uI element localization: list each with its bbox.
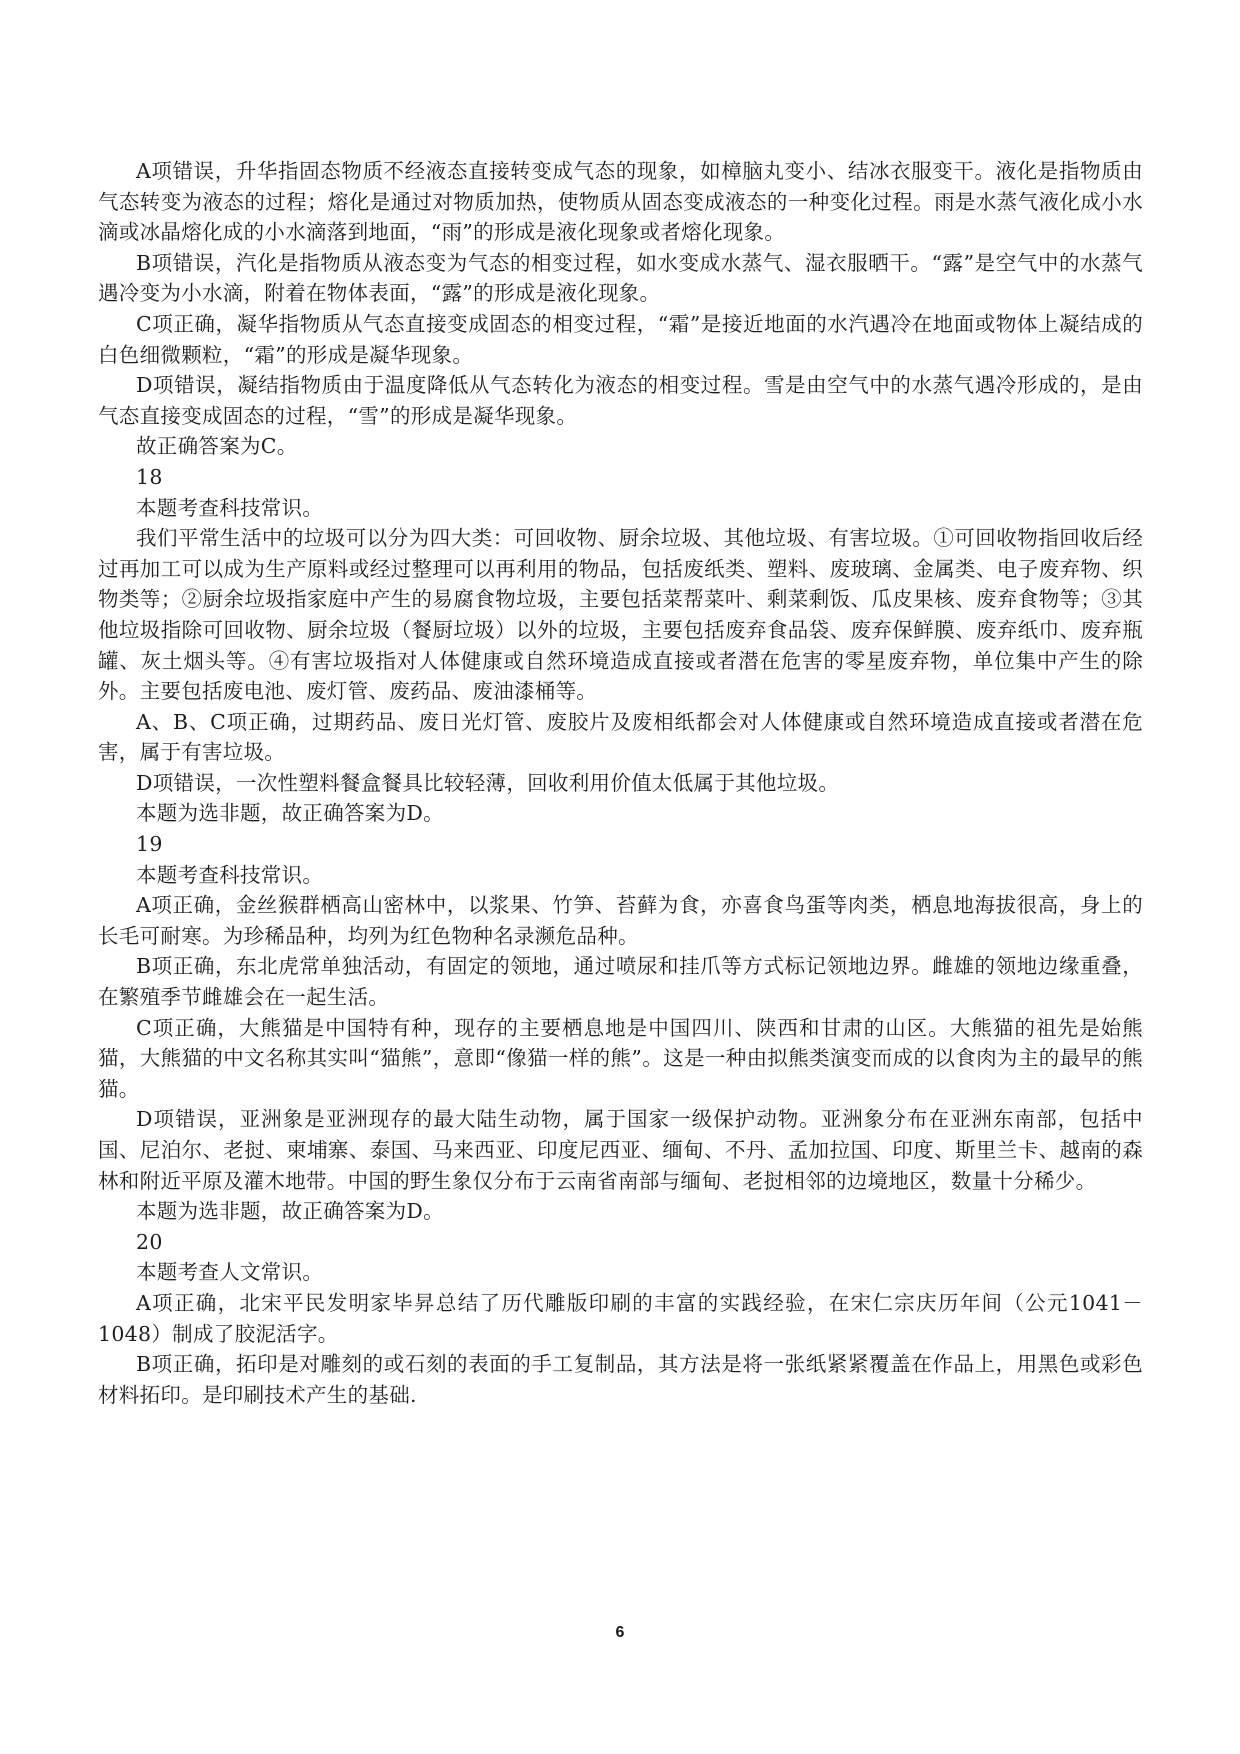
q18-option-abc: A、B、C项正确，过期药品、废日光灯管、废胶片及废相纸都会对人体健康或自然环境造…: [98, 707, 1143, 768]
q18-option-d: D项错误，一次性塑料餐盒餐具比较轻薄，回收利用价值太低属于其他垃圾。: [98, 768, 1143, 799]
q20-number: 20: [98, 1227, 1143, 1258]
q20-option-a: A项正确，北宋平民发明家毕昇总结了历代雕版印刷的丰富的实践经验，在宋仁宗庆历年间…: [98, 1288, 1143, 1349]
q19-number: 19: [98, 829, 1143, 860]
q18-intro: 我们平常生活中的垃圾可以分为四大类：可回收物、厨余垃圾、其他垃圾、有害垃圾。①可…: [98, 523, 1143, 707]
q17-option-c: C项正确，凝华指物质从气态直接变成固态的相变过程，“霜”是接近地面的水汽遇冷在地…: [98, 309, 1143, 370]
q20-option-b: B项正确，拓印是对雕刻的或石刻的表面的手工复制品，其方法是将一张纸紧紧覆盖在作品…: [98, 1349, 1143, 1410]
q20-topic: 本题考查人文常识。: [98, 1257, 1143, 1288]
q17-answer: 故正确答案为C。: [98, 431, 1143, 462]
q17-option-a: A项错误，升华指固态物质不经液态直接转变成气态的现象，如樟脑丸变小、结冰衣服变干…: [98, 156, 1143, 248]
page-number: 6: [0, 1624, 1240, 1642]
q19-option-d: D项错误，亚洲象是亚洲现存的最大陆生动物，属于国家一级保护动物。亚洲象分布在亚洲…: [98, 1104, 1143, 1196]
q19-option-a: A项正确，金丝猴群栖高山密林中，以浆果、竹笋、苔藓为食，亦喜食鸟蛋等肉类，栖息地…: [98, 890, 1143, 951]
q19-option-c: C项正确，大熊猫是中国特有种，现存的主要栖息地是中国四川、陕西和甘肃的山区。大熊…: [98, 1013, 1143, 1105]
q17-option-b: B项错误，汽化是指物质从液态变为气态的相变过程，如水变成水蒸气、湿衣服晒干。“露…: [98, 248, 1143, 309]
q18-number: 18: [98, 462, 1143, 493]
q18-answer: 本题为选非题，故正确答案为D。: [98, 798, 1143, 829]
q18-topic: 本题考查科技常识。: [98, 493, 1143, 524]
q19-option-b: B项正确，东北虎常单独活动，有固定的领地，通过喷尿和挂爪等方式标记领地边界。雌雄…: [98, 951, 1143, 1012]
q17-option-d: D项错误，凝结指物质由于温度降低从气态转化为液态的相变过程。雪是由空气中的水蒸气…: [98, 370, 1143, 431]
document-body: A项错误，升华指固态物质不经液态直接转变成气态的现象，如樟脑丸变小、结冰衣服变干…: [98, 156, 1143, 1410]
q19-topic: 本题考查科技常识。: [98, 860, 1143, 891]
q19-answer: 本题为选非题，故正确答案为D。: [98, 1196, 1143, 1227]
